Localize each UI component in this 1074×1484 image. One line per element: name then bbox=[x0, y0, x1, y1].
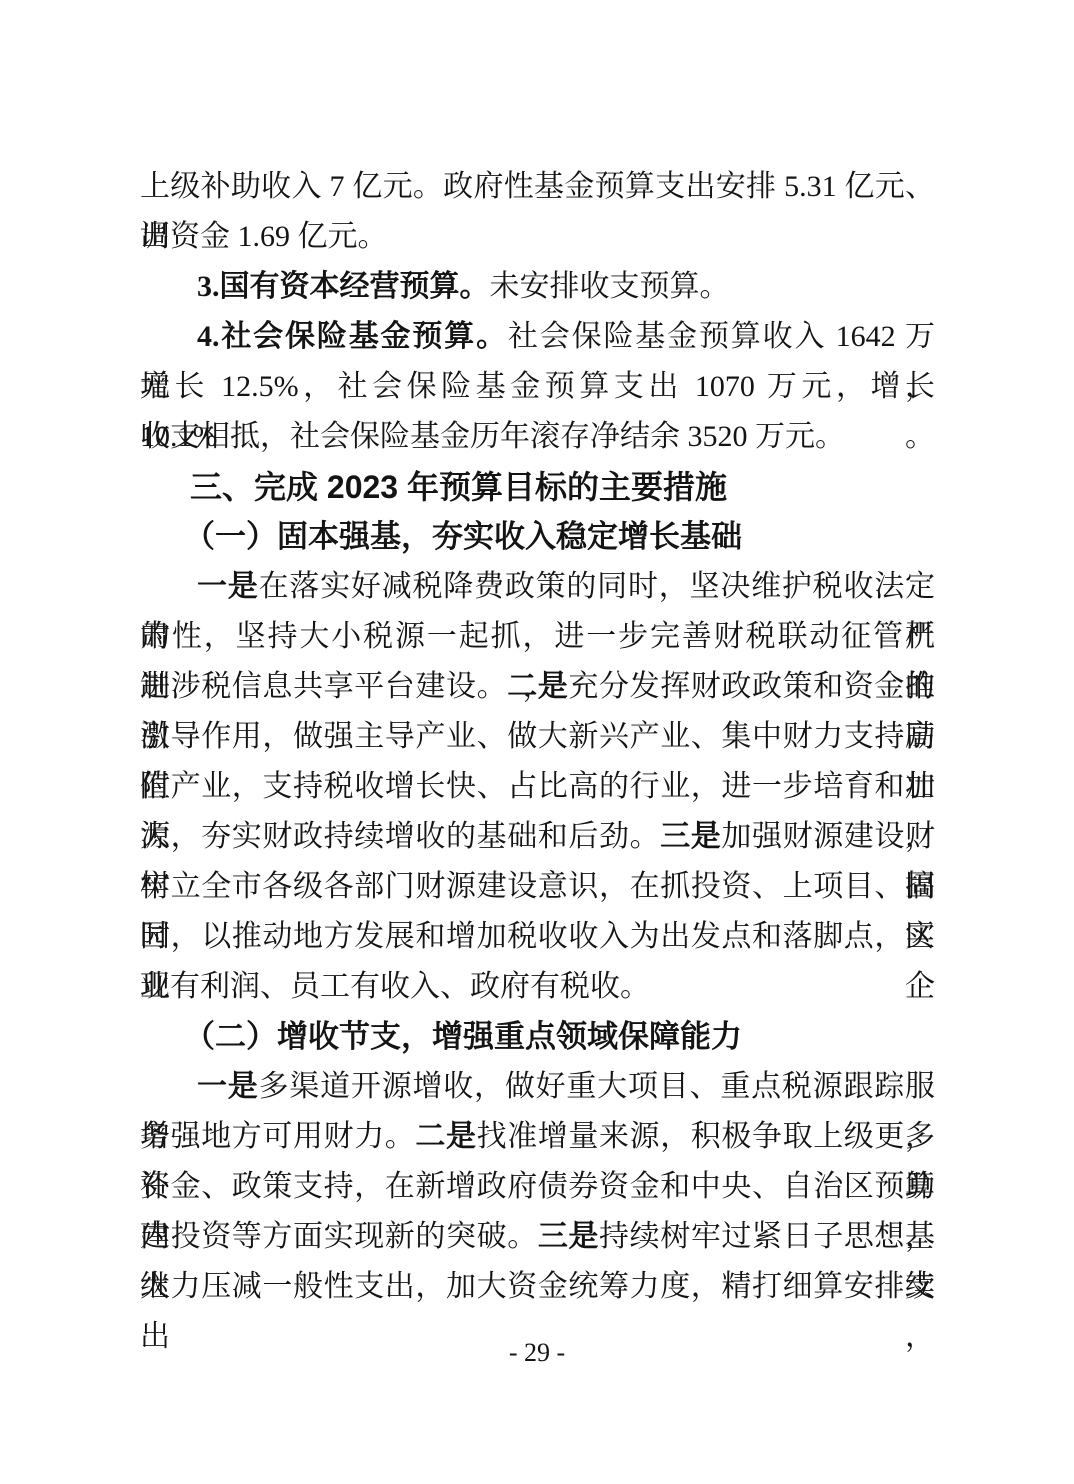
text-line: 时，以推动地方发展和增加税收收入为出发点和落脚点，实现企 bbox=[140, 912, 935, 962]
bold-text-run: 3.国有资本经营预算。 bbox=[197, 270, 490, 303]
text-line: 3.国有资本经营预算。未安排收支预算。 bbox=[140, 262, 935, 312]
bold-text-run: 三是 bbox=[538, 1220, 599, 1253]
text-line: 收支相抵，社会保险基金历年滚存净结余 3520 万元。 bbox=[140, 412, 935, 462]
text-line: 肃性，坚持大小税源一起抓，进一步完善财税联动征管机制，推 bbox=[140, 612, 935, 662]
page-number: - 29 - bbox=[0, 1330, 1074, 1376]
text-line: 资金、政策支持，在新增政府债券资金和中央、自治区预算内基 bbox=[140, 1162, 935, 1212]
text-line: 上级补助收入 7 亿元。政府性基金预算支出安排 5.31 亿元、调 bbox=[140, 162, 935, 212]
bold-text-run: 二是 bbox=[415, 1120, 476, 1153]
text-run: 进涉税信息共享平台建设。 bbox=[140, 670, 507, 703]
text-line: 树立全市各级各部门财源建设意识，在抓投资、上项目、搞园区 bbox=[140, 862, 935, 912]
text-run: 源，夯实财政持续增收的基础和后劲。 bbox=[140, 820, 660, 853]
text-run: 出资金 1.69 亿元。 bbox=[140, 220, 388, 253]
text-line: 一是在落实好减税降费政策的同时，坚决维护税收法定的严 bbox=[140, 562, 935, 612]
text-line: 4.社会保险基金预算。社会保险基金预算收入 1642 万元， bbox=[140, 312, 935, 362]
text-line: 增强地方可用财力。二是找准增量来源，积极争取上级更多补助 bbox=[140, 1112, 935, 1162]
bold-text-run: （一）固本强基，夯实收入稳定增长基础 bbox=[184, 519, 742, 554]
text-run: 收支相抵，社会保险基金历年滚存净结余 3520 万元。 bbox=[140, 420, 845, 453]
bold-text-run: 三是 bbox=[660, 820, 721, 853]
bold-text-run: 二是 bbox=[507, 670, 568, 703]
text-line: 大力压减一般性支出，加大资金统筹力度，精打细算安排支出， bbox=[140, 1262, 935, 1312]
heading-line: （二）增收节支，增强重点领域保障能力 bbox=[140, 1012, 935, 1062]
document-page: 上级补助收入 7 亿元。政府性基金预算支出安排 5.31 亿元、调出资金 1.6… bbox=[0, 0, 1074, 1484]
text-line: 引导作用，做强主导产业、做大新兴产业、集中财力支持高附加 bbox=[140, 712, 935, 762]
heading-line: 三、完成 2023 年预算目标的主要措施 bbox=[140, 462, 935, 512]
text-line: 增长 12.5%，社会保险基金预算支出 1070 万元，增长 10.1%。 bbox=[140, 362, 935, 412]
text-line: 进涉税信息共享平台建设。二是充分发挥财政政策和资金的激励 bbox=[140, 662, 935, 712]
text-line: 源，夯实财政持续增收的基础和后劲。三是加强财源建设，牢固 bbox=[140, 812, 935, 862]
bold-text-run: 一是 bbox=[197, 570, 259, 603]
text-run: 增强地方可用财力。 bbox=[140, 1120, 415, 1153]
text-run: 未安排收支预算。 bbox=[490, 270, 730, 303]
text-run: 建投资等方面实现新的突破。 bbox=[140, 1220, 538, 1253]
text-line: 值产业，支持税收增长快、占比高的行业，进一步培育和壮大财 bbox=[140, 762, 935, 812]
text-line: 一是多渠道开源增收，做好重大项目、重点税源跟踪服务， bbox=[140, 1062, 935, 1112]
document-text-block: 上级补助收入 7 亿元。政府性基金预算支出安排 5.31 亿元、调出资金 1.6… bbox=[140, 162, 935, 1312]
text-run: 业有利润、员工有收入、政府有税收。 bbox=[140, 970, 650, 1003]
text-run: 三、完成 2023 年预算目标的主要措施 bbox=[190, 469, 727, 505]
text-line: 建投资等方面实现新的突破。三是持续树牢过紧日子思想，继续 bbox=[140, 1212, 935, 1262]
text-line: 出资金 1.69 亿元。 bbox=[140, 212, 935, 262]
bold-text-run: 一是 bbox=[197, 1070, 259, 1103]
heading-line: （一）固本强基，夯实收入稳定增长基础 bbox=[140, 512, 935, 562]
bold-text-run: 4.社会保险基金预算。 bbox=[197, 320, 508, 353]
bold-text-run: （二）增收节支，增强重点领域保障能力 bbox=[184, 1019, 742, 1054]
